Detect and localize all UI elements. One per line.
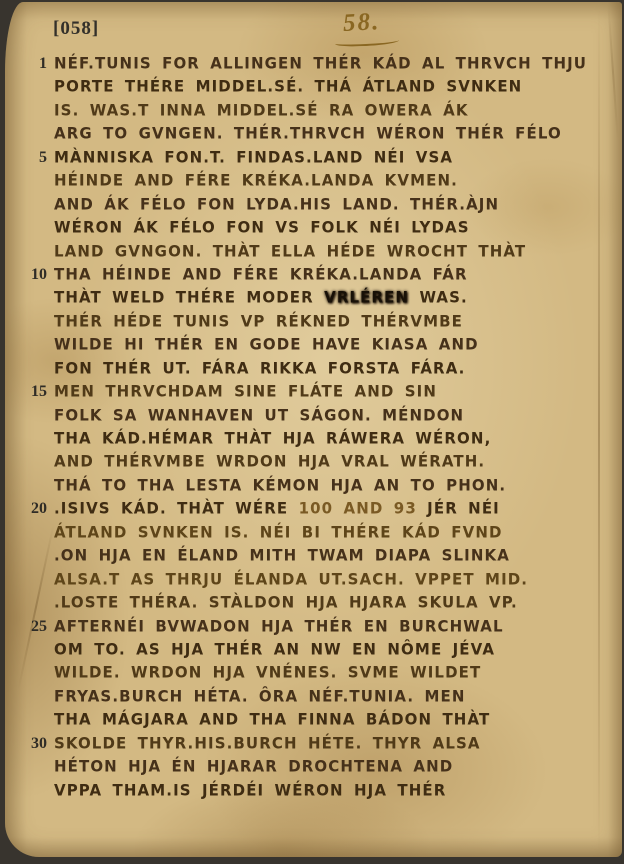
manuscript-text: HÉTON HJA ÉN HJARAR DROCHTENA AND — [54, 757, 453, 776]
manuscript-line: .LOSTE THÉRA. STÀLDON HJA HJARA SKULA VP… — [5, 592, 622, 615]
manuscript-line: ARG TO GVNGEN. THÉR.THRVCH WÉRON THÉR FÉ… — [5, 123, 622, 146]
manuscript-line: FOLK SA WANHAVEN UT SÁGON. MÉNDON — [5, 405, 622, 428]
margin-line-number: 30 — [5, 735, 47, 753]
manuscript-line: ÁTLAND SVNKEN IS. NÉI BI THÉRE KÁD FVND — [5, 522, 622, 545]
manuscript-line: 15MEN THRVCHDAM SINE FLÁTE AND SIN — [5, 381, 622, 404]
photographed-manuscript: [058] 58. 1NÉF.TUNIS FOR ALLINGEN THÉR K… — [0, 0, 624, 864]
margin-line-number: 10 — [5, 266, 47, 284]
manuscript-line: OM TO. AS HJA THÉR AN NW EN NÔME JÉVA — [5, 639, 622, 662]
manuscript-line: WILDE HI THÉR EN GODE HAVE KIASA AND — [5, 334, 622, 357]
manuscript-line: THÉR HÉDE TUNIS VP RÉKNED THÉRVMBE — [5, 311, 622, 334]
manuscript-line: 5MÀNNISKA FON.T. FINDAS.LAND NÉI VSA — [5, 147, 622, 170]
manuscript-line: 10THA HÉINDE AND FÉRE KRÉKA.LANDA FÁR — [5, 264, 622, 287]
manuscript-text: SKOLDE THYR.HIS.BURCH HÉTE. THYR ALSA — [54, 734, 481, 753]
manuscript-line: LAND GVNGON. THÀT ELLA HÉDE WROCHT THÀT — [5, 241, 622, 264]
manuscript-text: THÁ TO THA LESTA KÉMON HJA AN TO PHON. — [54, 476, 506, 495]
manuscript-text: THA KÁD.HÉMAR THÀT HJA RÁWERA WÉRON, — [54, 429, 491, 448]
manuscript-text: ARG TO GVNGEN. THÉR.THRVCH WÉRON THÉR FÉ… — [54, 124, 562, 143]
manuscript-text: VPPA THAM.IS JÉRDÉI WÉRON HJA THÉR — [54, 781, 446, 800]
margin-line-number: 25 — [5, 618, 47, 636]
manuscript-text: HÉINDE AND FÉRE KRÉKA.LANDA KVMEN. — [54, 171, 458, 190]
manuscript-line: 30SKOLDE THYR.HIS.BURCH HÉTE. THYR ALSA — [5, 733, 622, 756]
manuscript-text: FON THÉR UT. FÁRA RIKKA FORSTA FÁRA. — [54, 359, 465, 378]
manuscript-line: THA MÁGJARA AND THA FINNA BÁDON THÀT — [5, 709, 622, 732]
manuscript-text: THA HÉINDE AND FÉRE KRÉKA.LANDA FÁR — [54, 265, 468, 284]
manuscript-line: .ON HJA EN ÉLAND MITH TWAM DIAPA SLINKA — [5, 545, 622, 568]
manuscript-text: LAND GVNGON. THÀT ELLA HÉDE WROCHT THÀT — [54, 242, 526, 261]
manuscript-text: THÉR HÉDE TUNIS VP RÉKNED THÉRVMBE — [54, 312, 463, 331]
manuscript-text: WILDE. WRDON HJA VNÉNES. SVME WILDET — [54, 663, 481, 682]
manuscript-line: AND THÉRVMBE WRDON HJA VRAL WÉRATH. — [5, 451, 622, 474]
margin-line-number: 1 — [5, 55, 47, 73]
manuscript-text: NÉF.TUNIS FOR ALLINGEN THÉR KÁD AL THRVC… — [54, 54, 587, 73]
manuscript-line: VPPA THAM.IS JÉRDÉI WÉRON HJA THÉR — [5, 780, 622, 803]
printed-folio-number: [058] — [53, 18, 99, 40]
manuscript-text: .ON HJA EN ÉLAND MITH TWAM DIAPA SLINKA — [54, 546, 510, 565]
manuscript-text: .ISIVS KÁD. THÀT WÉRE 100 AND 93 JÉR NÉI — [54, 499, 500, 518]
parchment-page: [058] 58. 1NÉF.TUNIS FOR ALLINGEN THÉR K… — [5, 2, 622, 857]
manuscript-line: AND ÁK FÉLO FON LYDA.HIS LAND. THÉR.ÀJN — [5, 194, 622, 217]
manuscript-text: THA MÁGJARA AND THA FINNA BÁDON THÀT — [54, 710, 490, 729]
manuscript-text: PORTE THÉRE MIDDEL.SÉ. THÁ ÁTLAND SVNKEN — [54, 77, 522, 96]
manuscript-line: FRYAS.BURCH HÉTA. ÔRA NÉF.TUNIA. MEN — [5, 686, 622, 709]
manuscript-line: ALSA.T AS THRJU ÉLANDA UT.SACH. VPPET MI… — [5, 569, 622, 592]
margin-line-number: 5 — [5, 149, 47, 167]
manuscript-line: HÉINDE AND FÉRE KRÉKA.LANDA KVMEN. — [5, 170, 622, 193]
manuscript-text: FOLK SA WANHAVEN UT SÁGON. MÉNDON — [54, 406, 464, 425]
manuscript-text: MEN THRVCHDAM SINE FLÁTE AND SIN — [54, 382, 437, 401]
manuscript-text: .LOSTE THÉRA. STÀLDON HJA HJARA SKULA VP… — [54, 593, 518, 612]
manuscript-text: AND THÉRVMBE WRDON HJA VRAL WÉRATH. — [54, 452, 485, 471]
manuscript-text: IS. WAS.T INNA MIDDEL.SÉ RA OWERA ÁK — [54, 101, 469, 120]
manuscript-line: 20.ISIVS KÁD. THÀT WÉRE 100 AND 93 JÉR N… — [5, 498, 622, 521]
manuscript-line: THÀT WELD THÉRE MODER VRLÉREN WAS. — [5, 287, 622, 310]
manuscript-text: FRYAS.BURCH HÉTA. ÔRA NÉF.TUNIA. MEN — [54, 687, 466, 706]
handwritten-page-number-underline — [335, 37, 399, 47]
manuscript-text: THÀT WELD THÉRE MODER VRLÉREN WAS. — [54, 288, 468, 307]
manuscript-line: THA KÁD.HÉMAR THÀT HJA RÁWERA WÉRON, — [5, 428, 622, 451]
manuscript-line: HÉTON HJA ÉN HJARAR DROCHTENA AND — [5, 756, 622, 779]
manuscript-line: WILDE. WRDON HJA VNÉNES. SVME WILDET — [5, 662, 622, 685]
manuscript-text: AND ÁK FÉLO FON LYDA.HIS LAND. THÉR.ÀJN — [54, 195, 499, 214]
margin-line-number: 15 — [5, 383, 47, 401]
manuscript-line: 1NÉF.TUNIS FOR ALLINGEN THÉR KÁD AL THRV… — [5, 53, 622, 76]
handwritten-page-number: 58. — [342, 8, 381, 38]
manuscript-text: MÀNNISKA FON.T. FINDAS.LAND NÉI VSA — [54, 148, 453, 167]
manuscript-text-block: 1NÉF.TUNIS FOR ALLINGEN THÉR KÁD AL THRV… — [5, 53, 622, 803]
manuscript-text: WÉRON ÁK FÉLO FON VS FOLK NÉI LYDAS — [54, 218, 470, 237]
manuscript-text: OM TO. AS HJA THÉR AN NW EN NÔME JÉVA — [54, 640, 495, 659]
manuscript-line: PORTE THÉRE MIDDEL.SÉ. THÁ ÁTLAND SVNKEN — [5, 76, 622, 99]
manuscript-line: THÁ TO THA LESTA KÉMON HJA AN TO PHON. — [5, 475, 622, 498]
manuscript-line: 25AFTERNÉI BVWADON HJA THÉR EN BURCHWAL — [5, 616, 622, 639]
manuscript-line: FON THÉR UT. FÁRA RIKKA FORSTA FÁRA. — [5, 358, 622, 381]
manuscript-line: IS. WAS.T INNA MIDDEL.SÉ RA OWERA ÁK — [5, 100, 622, 123]
manuscript-text: AFTERNÉI BVWADON HJA THÉR EN BURCHWAL — [54, 617, 504, 636]
manuscript-text: ÁTLAND SVNKEN IS. NÉI BI THÉRE KÁD FVND — [54, 523, 503, 542]
manuscript-text: ALSA.T AS THRJU ÉLANDA UT.SACH. VPPET MI… — [54, 570, 528, 589]
manuscript-text: WILDE HI THÉR EN GODE HAVE KIASA AND — [54, 335, 479, 354]
margin-line-number: 20 — [5, 500, 47, 518]
manuscript-line: WÉRON ÁK FÉLO FON VS FOLK NÉI LYDAS — [5, 217, 622, 240]
